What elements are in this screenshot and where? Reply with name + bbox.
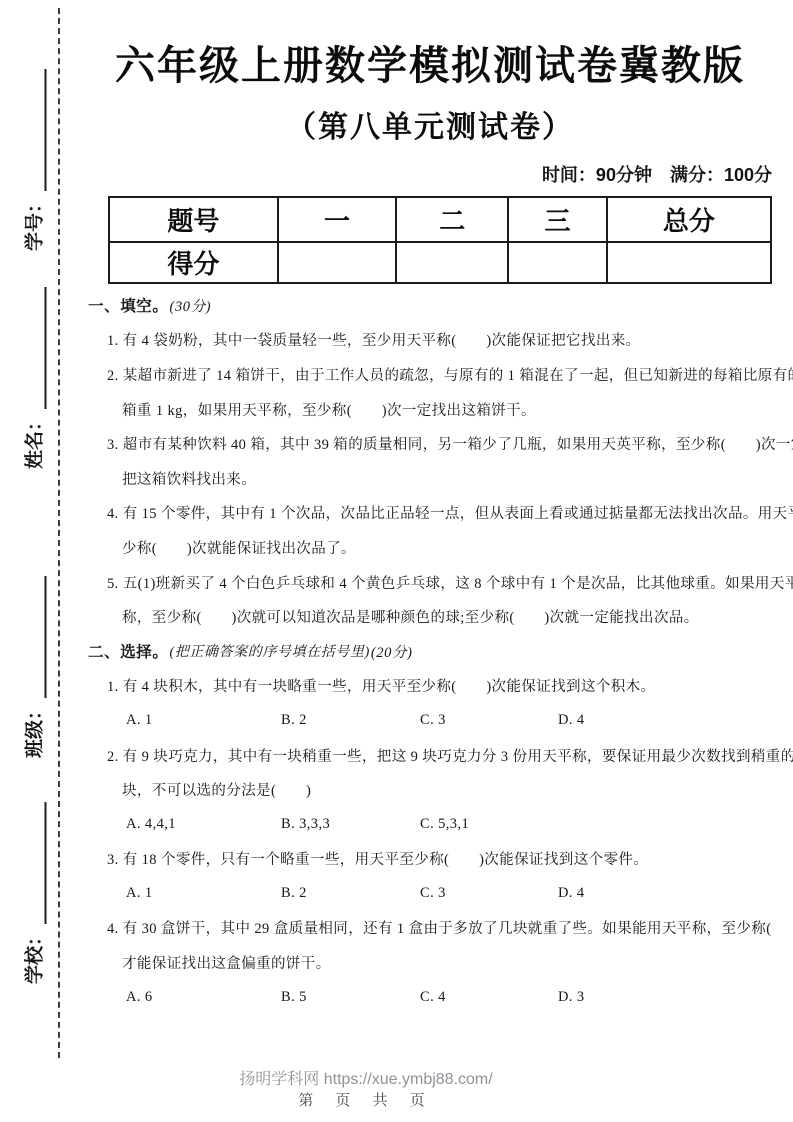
option-a: A. 4,4,1 xyxy=(126,816,281,833)
section-choice-heading: 二、选择。(把正确答案的序号填在括号里)(20分) xyxy=(85,634,785,669)
name-label: 姓名： xyxy=(20,412,47,469)
score-row-label: 得分 xyxy=(109,242,278,283)
choice-question-2-cont: 块，不可以选的分法是( ) xyxy=(85,772,785,807)
score-table-score-row: 得分 xyxy=(109,242,771,283)
test-paper-page: 学号： 姓名： 班级： 学校： 六年级上册数学模拟测试卷冀教版 （第八单元测试卷… xyxy=(0,0,793,1122)
score-table-header-row: 题号 一 二 三 总分 xyxy=(109,197,771,242)
page-title: 六年级上册数学模拟测试卷冀教版 xyxy=(85,34,775,91)
choice-question-3: 3. 有 18 个零件，只有一个略重一些，用天平至少称( )次能保证找到这个零件… xyxy=(85,842,785,877)
exam-meta: 时间：90分钟 满分：100分 xyxy=(85,161,772,187)
fill-question-2: 2. 某超市新进了 14 箱饼干，由于工作人员的疏忽，与原有的 1 箱混在了一起… xyxy=(85,357,785,392)
score-cell xyxy=(607,242,771,283)
choice-question-4-options: A. 6 B. 5 C. 4 D. 3 xyxy=(85,980,785,1015)
score-table-header-cell: 二 xyxy=(396,197,508,242)
name-blank-line xyxy=(43,287,47,409)
fill-question-4: 4. 有 15 个零件，其中有 1 个次品，次品比正品轻一点，但从表面上看或通过… xyxy=(85,496,785,531)
option-a: A. 1 xyxy=(126,885,281,902)
school-label: 学校： xyxy=(20,927,47,984)
fill-question-1: 1. 有 4 袋奶粉，其中一袋质量轻一些，至少用天平称( )次能保证把它找出来。 xyxy=(85,323,785,358)
sidebar-label-school: 学校： xyxy=(20,802,47,984)
score-cell xyxy=(396,242,508,283)
class-label: 班级： xyxy=(20,701,47,758)
section-choice-title: 二、选择。 xyxy=(88,640,169,662)
student-id-blank-line xyxy=(43,69,47,191)
section-choice-note: (把正确答案的序号填在括号里) xyxy=(170,641,370,661)
class-blank-line xyxy=(43,576,47,698)
footer-site-link: 扬明学科网 https://xue.ymbj88.com/ xyxy=(60,1066,672,1089)
option-c: C. 5,3,1 xyxy=(420,816,558,833)
choice-question-1-options: A. 1 B. 2 C. 3 D. 4 xyxy=(85,703,785,738)
option-c: C. 3 xyxy=(420,885,558,902)
option-b: B. 3,3,3 xyxy=(281,816,420,833)
score-table: 题号 一 二 三 总分 得分 xyxy=(108,196,772,284)
option-b: B. 2 xyxy=(281,712,420,729)
sidebar-label-class: 班级： xyxy=(20,576,47,758)
choice-question-3-options: A. 1 B. 2 C. 3 D. 4 xyxy=(85,876,785,911)
choice-question-1: 1. 有 4 块积木，其中有一块略重一些，用天平至少称( )次能保证找到这个积木… xyxy=(85,669,785,704)
score-table-header-cell: 题号 xyxy=(109,197,278,242)
choice-question-4: 4. 有 30 盒饼干，其中 29 盒质量相同，还有 1 盒由于多放了几块就重了… xyxy=(85,911,785,946)
student-id-label: 学号： xyxy=(20,194,47,251)
option-a: A. 6 xyxy=(126,989,281,1006)
seal-dashed-line xyxy=(58,8,60,1058)
choice-question-2: 2. 有 9 块巧克力，其中有一块稍重一些，把这 9 块巧克力分 3 份用天平称… xyxy=(85,738,785,773)
fill-question-4-cont: 少称( )次就能保证找出次品了。 xyxy=(85,530,785,565)
fill-question-3-cont: 把这箱饮料找出来。 xyxy=(85,461,785,496)
option-b: B. 2 xyxy=(281,885,420,902)
score-table-header-cell: 总分 xyxy=(607,197,771,242)
section-fill-heading: 一、填空。(30分) xyxy=(85,288,785,323)
question-body: 一、填空。(30分) 1. 有 4 袋奶粉，其中一袋质量轻一些，至少用天平称( … xyxy=(85,288,785,1014)
option-c: C. 3 xyxy=(420,712,558,729)
option-d: D. 3 xyxy=(558,989,785,1006)
score-cell xyxy=(508,242,607,283)
footer-page-number: 第 页 共 页 xyxy=(60,1089,672,1110)
fill-question-5: 5. 五(1)班新买了 4 个白色乒乓球和 4 个黄色乒乓球，这 8 个球中有 … xyxy=(85,565,785,600)
score-table-header-cell: 三 xyxy=(508,197,607,242)
choice-question-4-cont: 才能保证找出这盒偏重的饼干。 xyxy=(85,945,785,980)
section-fill-points: (30分) xyxy=(170,295,212,316)
option-b: B. 5 xyxy=(281,989,420,1006)
option-a: A. 1 xyxy=(126,712,281,729)
section-choice-points: (20分) xyxy=(371,641,413,662)
option-d: D. 4 xyxy=(558,885,785,902)
fill-question-5-cont: 称，至少称( )次就可以知道次品是哪种颜色的球;至少称( )次就一定能找出次品。 xyxy=(85,599,785,634)
page-subtitle: （第八单元测试卷） xyxy=(85,102,775,146)
sidebar-label-name: 姓名： xyxy=(20,287,47,469)
option-c: C. 4 xyxy=(420,989,558,1006)
score-cell xyxy=(278,242,396,283)
school-blank-line xyxy=(43,802,47,924)
sidebar-label-student-id: 学号： xyxy=(20,69,47,251)
section-fill-title: 一、填空。 xyxy=(88,294,169,316)
score-table-header-cell: 一 xyxy=(278,197,396,242)
choice-question-2-options: A. 4,4,1 B. 3,3,3 C. 5,3,1 xyxy=(85,807,785,842)
fill-question-2-cont: 箱重 1 kg，如果用天平称，至少称( )次一定找出这箱饼干。 xyxy=(85,392,785,427)
option-d: D. 4 xyxy=(558,712,785,729)
fill-question-3: 3. 超市有某种饮料 40 箱，其中 39 箱的质量相同，另一箱少了几瓶，如果用… xyxy=(85,426,785,461)
